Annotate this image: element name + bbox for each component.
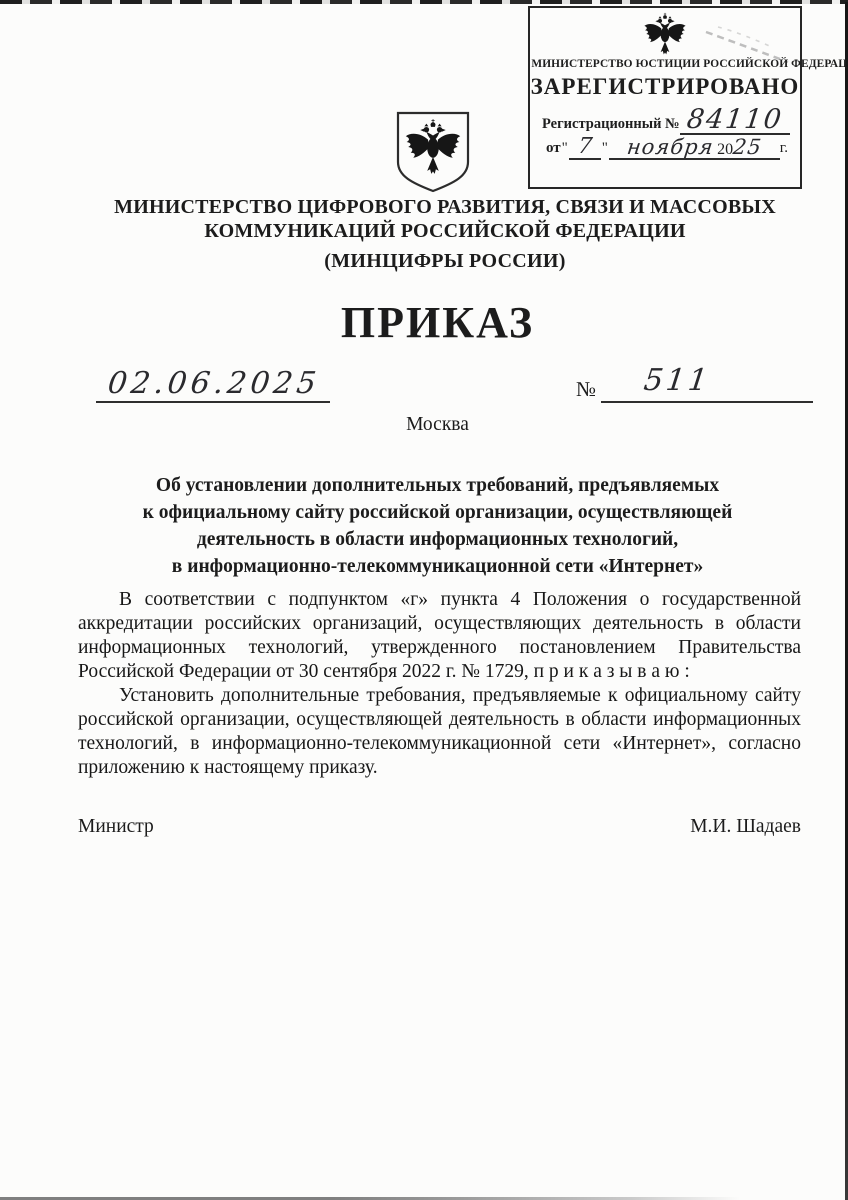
stamp-month-value: ноября [626,137,715,158]
stamp-open-quote: " [561,140,569,160]
subject-line4: в информационно-телекоммуникационной сет… [60,553,815,580]
document-type-title: ПРИКАЗ [30,297,845,348]
document-body: В соответствии с подпунктом «г» пункта 4… [78,588,801,780]
document-subject: Об установлении дополнительных требовани… [60,472,815,580]
stamp-reg-number-underline: 84110 [680,106,790,135]
document-date: 02.06.2025 [108,366,320,401]
ministry-short-name: (МИНЦИФРЫ РОССИИ) [50,250,840,273]
body-paragraph-1: В соответствии с подпунктом «г» пункта 4… [78,588,801,684]
ministry-name-line1: МИНИСТЕРСТВО ЦИФРОВОГО РАЗВИТИЯ, СВЯЗИ И… [50,195,840,219]
stamp-day-underline: 7 [569,136,601,160]
stamp-registered-label: ЗАРЕГИСТРИРОВАНО [530,74,800,100]
stamp-registration-row: Регистрационный № 84110 [542,106,790,135]
ministry-name: МИНИСТЕРСТВО ЦИФРОВОГО РАЗВИТИЯ, СВЯЗИ И… [50,195,840,243]
stamp-year-printed: 20 [717,141,733,158]
double-headed-eagle-icon [640,12,690,56]
body-paragraph-2: Установить дополнительные требования, пр… [78,684,801,780]
number-sign: № [576,377,596,402]
stamp-date-suffix: г. [780,140,788,160]
registration-stamp: МИНИСТЕРСТВО ЮСТИЦИИ РОССИЙСКОЙ ФЕДЕРАЦИ… [528,6,802,189]
subject-line2: к официальному сайту российской организа… [60,499,815,526]
subject-line1: Об установлении дополнительных требовани… [60,472,815,499]
russian-coat-of-arms-icon [394,110,472,194]
scan-edge-top [0,0,848,4]
signer-name: М.И. Шадаев [690,816,801,838]
stamp-reg-number-value: 84110 [685,106,784,133]
stamp-year-written: 25 [732,137,763,158]
stamp-reg-number-label: Регистрационный № [542,116,680,135]
city-label: Москва [30,414,845,436]
document-page: МИНИСТЕРСТВО ЮСТИЦИИ РОССИЙСКОЙ ФЕДЕРАЦИ… [0,0,848,1200]
stamp-date-row: от " 7 " ноября 2025 г. [546,136,788,160]
stamp-ministry-name: МИНИСТЕРСТВО ЮСТИЦИИ РОССИЙСКОЙ ФЕДЕРАЦИ… [531,58,798,70]
date-underline [96,401,330,403]
stamp-close-quote: " [601,140,609,160]
ministry-name-line2: КОММУНИКАЦИЙ РОССИЙСКОЙ ФЕДЕРАЦИИ [50,219,840,243]
stamp-day-value: 7 [576,136,593,158]
stamp-date-prefix: от [546,140,561,160]
subject-line3: деятельность в области информационных те… [60,526,815,553]
stamp-month-underline: ноября 2025 [609,137,780,160]
signature-row: Министр М.И. Шадаев [78,816,801,838]
document-number: 511 [644,363,710,398]
number-underline [601,401,813,403]
signer-position: Министр [78,816,154,838]
